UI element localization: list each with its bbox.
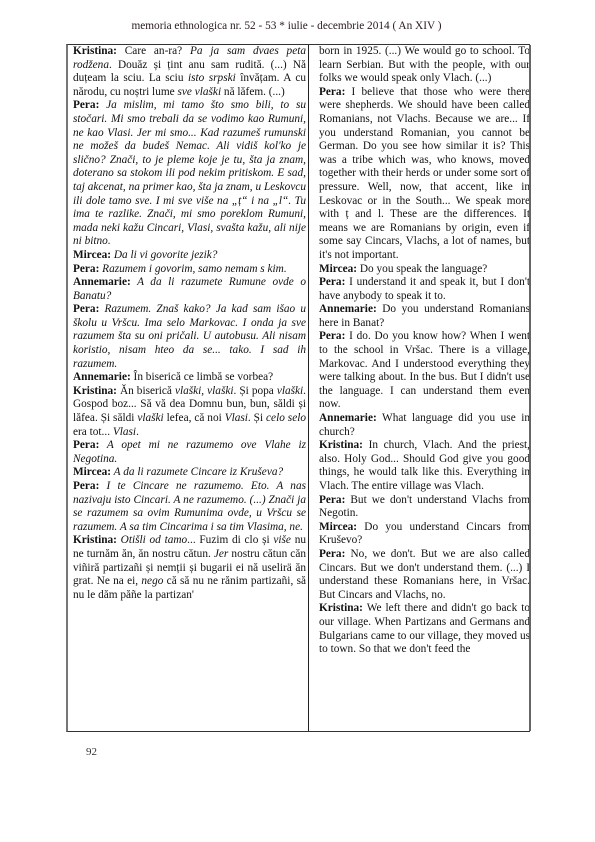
column-divider (308, 45, 309, 731)
speaker-label: Pera: (73, 99, 99, 111)
speaker-label: Mircea: (319, 521, 357, 533)
italic-original-text: Da li vi govorite jezik? (111, 249, 217, 261)
utterance-text: But we don't understand Vlachs from Nego… (319, 494, 530, 520)
italic-original-text: A opet mi ne razumemo ove Vlahe iz Negot… (73, 439, 306, 465)
dialogue-turn: Pera: Ja mislim, mi tamo što smo bili, t… (73, 99, 306, 249)
italic-original-text: vlaški (277, 385, 303, 397)
utterance-text: I understand it and speak it, but I don'… (319, 276, 530, 302)
utterance-text: I do. Do you know how? When I went to th… (319, 330, 530, 410)
dialogue-turn: Pera: I believe that those who were ther… (319, 86, 530, 263)
dialogue-turn: Annemarie: A da li razumete Rumune ovde … (73, 276, 306, 303)
italic-original-text: nego (141, 575, 163, 587)
italic-original-text: više (273, 534, 291, 546)
italic-original-text: Razumem. Znaš kako? Ja kad sam išao u šk… (73, 303, 306, 369)
dialogue-turn: Pera: Razumem. Znaš kako? Ja kad sam iša… (73, 303, 306, 371)
italic-original-text: isto srpski (188, 72, 236, 84)
speaker-label: Pera: (73, 480, 99, 492)
utterance-text: era tot... (73, 426, 113, 438)
utterance-text: I believe that those who were there were… (319, 86, 530, 261)
dialogue-turn: Kristina: Care an-ra? Pa ja sam dvaes pe… (73, 45, 306, 99)
utterance-text: nă lăfem. (...) (221, 86, 285, 98)
italic-original-text: I te Cincare ne razumemo. Eto. A nas naz… (73, 480, 306, 533)
speaker-label: Pera: (319, 86, 345, 98)
speaker-label: Pera: (319, 494, 345, 506)
italic-original-text: A da li razumete Cincare iz Kruševa? (111, 466, 283, 478)
utterance-text: Ăn biserică (117, 385, 175, 397)
dialogue-turn: Mircea: A da li razumete Cincare iz Kruš… (73, 466, 306, 480)
dialogue-turn: Kristina: Ăn biserică vlaški, vlaški. Și… (73, 385, 306, 439)
speaker-label: Pera: (73, 303, 99, 315)
dialogue-turn: Mircea: Da li vi govorite jezik? (73, 249, 306, 263)
dialogue-turn: Pera: Razumem i govorim, samo nemam s ki… (73, 263, 306, 277)
speaker-label: Annemarie: (319, 303, 377, 315)
dialogue-turn: Kristina: Otišli od tamo... Fuzim di clo… (73, 534, 306, 602)
italic-original-text: sve vlaški (177, 86, 221, 98)
utterance-text: born in 1925. (...) We would go to schoo… (319, 45, 530, 84)
speaker-label: Kristina: (73, 385, 117, 397)
speaker-label: Kristina: (319, 439, 363, 451)
speaker-label: Kristina: (319, 602, 363, 614)
bilingual-transcript-table: Kristina: Care an-ra? Pa ja sam dvaes pe… (66, 44, 530, 732)
dialogue-turn: Pera: I te Cincare ne razumemo. Eto. A n… (73, 480, 306, 534)
dialogue-turn: Mircea: Do you understand Cincars from K… (319, 521, 530, 548)
utterance-text: ... Fuzim di clo și (187, 534, 273, 546)
utterance-text: lefea, că noi (164, 412, 225, 424)
speaker-label: Mircea: (73, 249, 111, 261)
speaker-label: Kristina: (73, 534, 117, 546)
italic-original-text: Ja mislim, mi tamo što smo bili, to su s… (73, 99, 306, 247)
speaker-label: Annemarie: (319, 412, 377, 424)
dialogue-turn: Kristina: We left there and didn't go ba… (319, 602, 530, 656)
speaker-label: Pera: (319, 276, 345, 288)
english-translation-column: born in 1925. (...) We would go to schoo… (319, 45, 530, 731)
dialogue-turn: Annemarie: Do you understand Romanians h… (319, 303, 530, 330)
speaker-label: Pera: (73, 263, 99, 275)
dialogue-turn: Pera: I do. Do you know how? When I went… (319, 330, 530, 412)
journal-title: memoria ethnologica nr. 52 - 53 * iulie … (131, 20, 441, 32)
speaker-label: Annemarie: (73, 371, 131, 383)
original-language-column: Kristina: Care an-ra? Pa ja sam dvaes pe… (73, 45, 306, 731)
table-right-border (529, 45, 531, 731)
speaker-label: Kristina: (73, 45, 117, 57)
utterance-text: . Și popa (234, 385, 277, 397)
italic-original-text: vlaški (137, 412, 163, 424)
utterance-text: No, we don't. But we are also called Cin… (319, 548, 530, 601)
dialogue-turn: born in 1925. (...) We would go to schoo… (319, 45, 530, 86)
dialogue-turn: Pera: I understand it and speak it, but … (319, 276, 530, 303)
dialogue-turn: Pera: No, we don't. But we are also call… (319, 548, 530, 602)
italic-original-text: Razumem i govorim, samo nemam s kim. (99, 263, 286, 275)
speaker-label: Mircea: (319, 263, 357, 275)
speaker-label: Annemarie: (73, 276, 131, 288)
speaker-label: Pera: (319, 548, 345, 560)
speaker-label: Pera: (319, 330, 345, 342)
speaker-label: Mircea: (73, 466, 111, 478)
page-number: 92 (86, 746, 97, 758)
dialogue-turn: Annemarie: În biserică ce limbă se vorbe… (73, 371, 306, 385)
speaker-label: Pera: (73, 439, 99, 451)
dialogue-turn: Annemarie: What language did you use in … (319, 412, 530, 439)
italic-original-text: Vlasi (225, 412, 248, 424)
italic-original-text: Jer (214, 548, 228, 560)
italic-original-text: Vlasi (113, 426, 136, 438)
dialogue-turn: Pera: But we don't understand Vlachs fro… (319, 494, 530, 521)
utterance-text: . Și (248, 412, 266, 424)
italic-original-text: vlaški, vlaški (175, 385, 234, 397)
utterance-text: În biserică ce limbă se vorbea? (131, 371, 273, 383)
italic-original-text: celo selo (266, 412, 306, 424)
utterance-text: Care an-ra? (117, 45, 190, 57)
running-header: memoria ethnologica nr. 52 - 53 * iulie … (0, 20, 595, 32)
dialogue-turn: Kristina: In church, Vlach. And the prie… (319, 439, 530, 493)
utterance-text: Do you speak the language? (357, 263, 487, 275)
dialogue-turn: Mircea: Do you speak the language? (319, 263, 530, 277)
italic-original-text: Otišli od tamo (117, 534, 187, 546)
utterance-text: . (136, 426, 139, 438)
dialogue-turn: Pera: A opet mi ne razumemo ove Vlahe iz… (73, 439, 306, 466)
